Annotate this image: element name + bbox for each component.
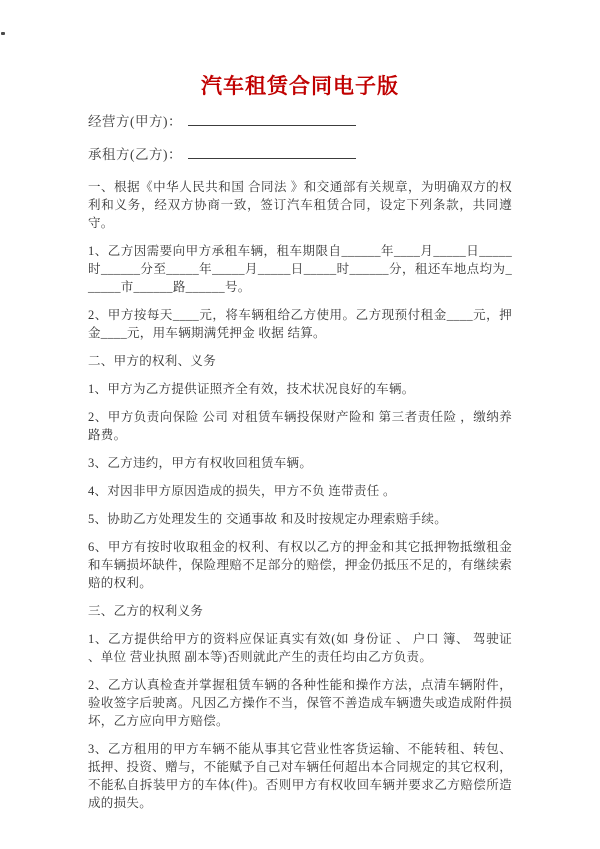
parties-section: 经营方(甲方)： 承租方(乙方)： xyxy=(88,112,512,163)
lessee-label: 承租方(乙方)： xyxy=(88,147,182,162)
contract-paragraph: 1、甲方为乙方提供证照齐全有效，技术状况良好的车辆。 xyxy=(88,380,512,398)
contract-paragraph: 2、乙方认真检查并掌握租赁车辆的各种性能和操作方法，点清车辆附件，验收签字后驶离… xyxy=(88,676,512,730)
contract-paragraph: 3、乙方违约，甲方有权收回租赁车辆。 xyxy=(88,454,512,472)
contract-paragraph: 5、协助乙方处理发生的 交通事故 和及时按规定办理索赔手续。 xyxy=(88,510,512,528)
contract-paragraph: 2、甲方按每天____元，将车辆租给乙方使用。乙方现预付租金____元，押金__… xyxy=(88,306,512,342)
contract-paragraph: 6、甲方有按时收取租金的权利、有权以乙方的押金和其它抵押物抵缴租金和车辆损坏缺件… xyxy=(88,538,512,592)
lessor-label: 经营方(甲方)： xyxy=(88,114,182,129)
contract-paragraph: 1、乙方提供给甲方的资料应保证真实有效(如 身份证 、 户口 簿、 驾驶证 、单… xyxy=(88,630,512,666)
document-title: 汽车租赁合同电子版 xyxy=(0,0,600,98)
scan-artifact xyxy=(1,32,5,35)
contract-paragraph: 1、乙方因需要向甲方承租车辆，租车期限自______年____月_____日__… xyxy=(88,242,512,296)
party-row-lessee: 承租方(乙方)： xyxy=(88,145,512,163)
contract-paragraph: 2、甲方负责向保险 公司 对租赁车辆投保财产险和 第三者责任险 ，缴纳养路费。 xyxy=(88,408,512,444)
lessor-fill-in-blank-line xyxy=(188,112,356,126)
party-row-lessor: 经营方(甲方)： xyxy=(88,112,512,130)
contract-paragraph: 二、甲方的权利、义务 xyxy=(88,352,512,370)
contract-paragraph: 4、对因非甲方原因造成的损失，甲方不负 连带责任 。 xyxy=(88,482,512,500)
contract-paragraph: 三、乙方的权利义务 xyxy=(88,602,512,620)
contract-paragraph: 3、乙方租用的甲方车辆不能从事其它营业性客货运输、不能转租、转包、抵押、投资、赠… xyxy=(88,740,512,812)
contract-paragraph: 一、根据《中华人民共和国 合同法 》和交通部有关规章，为明确双方的权利和义务，经… xyxy=(88,178,512,232)
lessee-fill-in-blank-line xyxy=(188,145,356,159)
contract-page: 汽车租赁合同电子版 经营方(甲方)： 承租方(乙方)： 一、根据《中华人民共和国… xyxy=(0,0,600,849)
contract-body: 一、根据《中华人民共和国 合同法 》和交通部有关规章，为明确双方的权利和义务，经… xyxy=(88,178,512,812)
